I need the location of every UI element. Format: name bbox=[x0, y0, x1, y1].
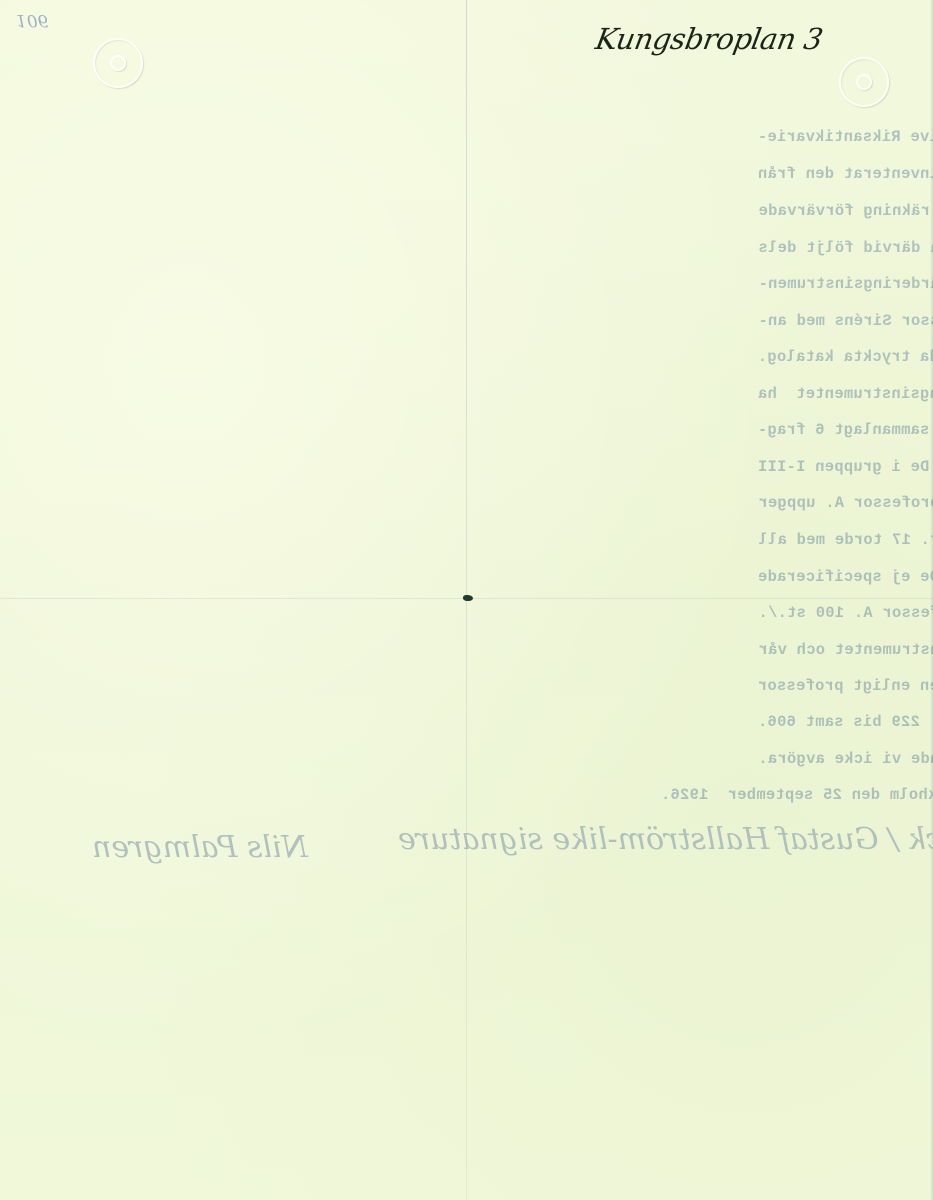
typed-line: förtecknade jade-föremålen voro 315 st. … bbox=[758, 494, 933, 512]
typed-line: inventering. Vid genomgåendet av samling… bbox=[758, 677, 933, 695]
typed-line: tet av den 6 oktober 1925, dels ock prof… bbox=[758, 312, 933, 330]
typed-line: Undertecknade representanter för respekt… bbox=[758, 128, 933, 146]
typed-date-line: Stockholm den 25 september 1926. bbox=[661, 786, 933, 804]
typed-line: ment av vit keramik /professor A. uppger… bbox=[758, 458, 933, 476]
typed-line: professor Sirén för Östasiatiska Samling… bbox=[758, 202, 933, 220]
typed-line: teckningar av professor Andersson försed… bbox=[758, 348, 933, 366]
ink-spot bbox=[463, 595, 473, 601]
typed-line: vi funnit följande: under grupp I förefi… bbox=[758, 421, 933, 439]
typed-line: Huruvida dessa borde tillhöra köpet kund… bbox=[758, 750, 933, 768]
typed-line: bronsföremålen utgjorde 109 st. /enligt … bbox=[758, 604, 933, 622]
typed-line: collectionen av kinesiska fornsaker. Vi … bbox=[758, 239, 933, 257]
typed-line: Siréns katalog saknades nr. 218, 219, 22… bbox=[758, 713, 933, 731]
typed-line: 312/. Det i grupp VIII upptagna föremåle… bbox=[758, 531, 933, 549]
typed-line: Vid genomgåendet av samlingen enligt vär… bbox=[758, 385, 933, 403]
pencil-signature: Orvar Karlbeck / Gustaf Hallström-like s… bbox=[398, 822, 933, 857]
typed-line: sannolikhet vara en felskrivning för nr.… bbox=[758, 568, 933, 586]
typed-line: det av professor J. G. Andersson upprätt… bbox=[758, 275, 933, 293]
pencil-signature: Nils Palmgren bbox=[92, 830, 308, 865]
typed-line: och Östasiatiska Samlingarna hava denna … bbox=[758, 165, 933, 183]
typed-line: I övrigt föreligg överensstämmelse mella… bbox=[758, 641, 933, 659]
